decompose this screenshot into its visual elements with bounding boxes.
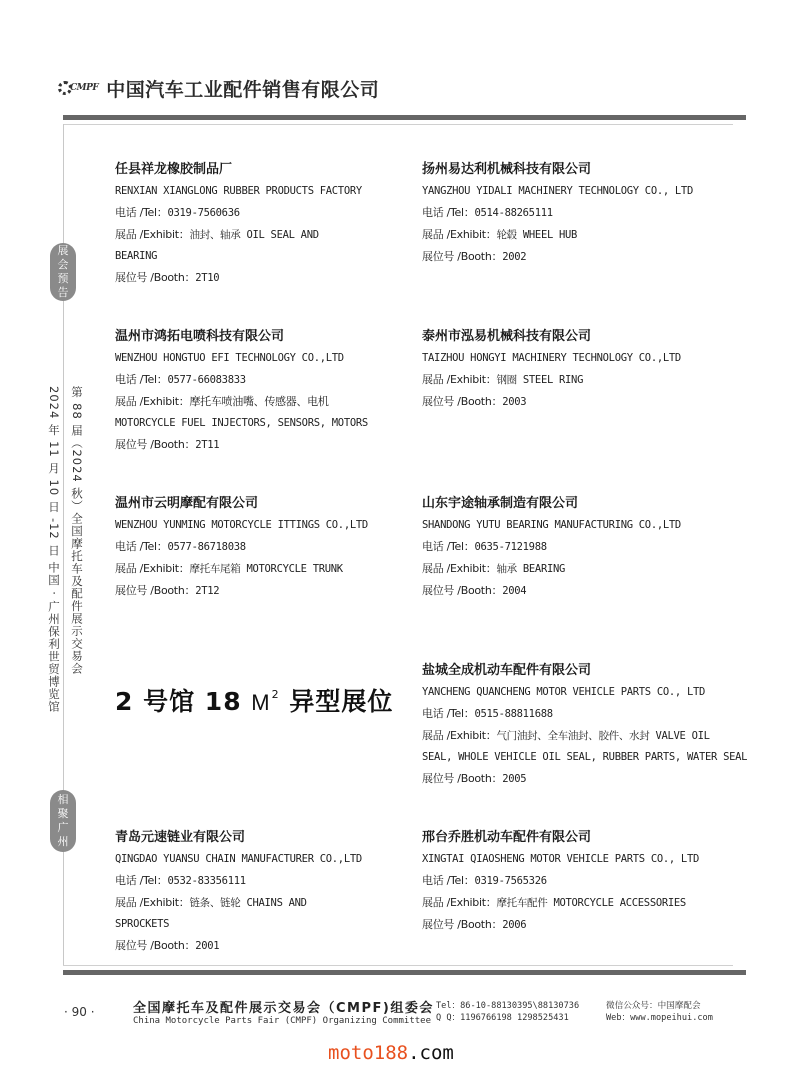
footer-wechat: 微信公众号：中国摩配会: [606, 1000, 713, 1012]
logo-text: CMPF: [70, 83, 98, 93]
exhibitor-booth: 展位号 /Booth：2004: [422, 580, 681, 602]
company-title: 中国汽车工业配件销售有限公司: [106, 75, 379, 102]
contact-web-block: 微信公众号：中国摩配会 Web：www.mopeihui.com: [606, 1000, 713, 1024]
footer-web-link[interactable]: Web：www.mopeihui.com: [606, 1012, 713, 1024]
pill-char: 广: [58, 821, 69, 835]
exhibit-value: 轮毂 WHEEL HUB: [496, 229, 577, 241]
tel-label: 电话 /Tel：: [422, 874, 474, 887]
exhibitor-tel: 电话 /Tel：0635-7121988: [422, 536, 681, 558]
tel-value: 0635-7121988: [474, 541, 546, 553]
event-date-vertical: 2024 年 11 月 10 日 -12 日 中国 · 广州保利世贸博览馆: [46, 386, 62, 713]
booth-value: 2003: [502, 396, 526, 408]
bottom-rule-thick: [63, 970, 746, 975]
exhibit-value: 摩托车喷油嘴、传感器、电机: [189, 395, 328, 408]
booth-label: 展位号 /Booth：: [115, 271, 195, 284]
exhibitor-cn-name: 山东宇途轴承制造有限公司: [422, 493, 681, 515]
footer-qq: Q Q：1196766198 1298525431: [436, 1012, 579, 1024]
heading-suffix: 异型展位: [280, 687, 394, 716]
section-tab-meet-guangzhou: 相 聚 广 州: [50, 790, 76, 852]
exhibitor-cn-name: 盐城全成机动车配件有限公司: [422, 660, 747, 682]
exhibit-label: 展品 /Exhibit：: [422, 228, 496, 241]
pill-char: 告: [58, 286, 69, 300]
pill-char: 相: [58, 793, 69, 807]
tel-label: 电话 /Tel：: [422, 540, 474, 553]
tel-label: 电话 /Tel：: [115, 373, 167, 386]
exhibitor-booth: 展位号 /Booth：2006: [422, 914, 699, 936]
exhibitor-exhibit-cont: MOTORCYCLE FUEL INJECTORS, SENSORS, MOTO…: [115, 413, 368, 434]
exhibit-label: 展品 /Exhibit：: [422, 562, 496, 575]
contact-phone-block: Tel：86-10-88130395\88130736 Q Q：11967661…: [436, 1000, 579, 1024]
exhibit-value: 油封、轴承 OIL SEAL AND: [189, 229, 318, 241]
exhibitor-tel: 电话 /Tel：0577-66083833: [115, 369, 368, 391]
exhibitor-cn-name: 邢台乔胜机动车配件有限公司: [422, 827, 699, 849]
tel-value: 0319-7560636: [167, 207, 239, 219]
exhibitor-entry: 盐城全成机动车配件有限公司 YANCHENG QUANCHENG MOTOR V…: [422, 660, 747, 790]
pill-char: 展: [58, 244, 69, 258]
cmpf-logo: CMPF: [58, 81, 98, 95]
booth-label: 展位号 /Booth：: [422, 250, 502, 263]
exhibitor-booth: 展位号 /Booth：2003: [422, 391, 681, 413]
exhibit-label: 展品 /Exhibit：: [422, 729, 496, 742]
exhibitor-booth: 展位号 /Booth：2T10: [115, 267, 362, 289]
page-header: CMPF 中国汽车工业配件销售有限公司: [58, 74, 379, 102]
booth-label: 展位号 /Booth：: [422, 584, 502, 597]
bottom-rule-thin: [63, 965, 733, 966]
exhibitor-en-name: RENXIAN XIANGLONG RUBBER PRODUCTS FACTOR…: [115, 181, 362, 202]
exhibitor-entry: 泰州市泓易机械科技有限公司 TAIZHOU HONGYI MACHINERY T…: [422, 326, 681, 413]
exhibitor-booth: 展位号 /Booth：2005: [422, 768, 747, 790]
pill-char: 预: [58, 272, 69, 286]
exhibitor-entry: 山东宇途轴承制造有限公司 SHANDONG YUTU BEARING MANUF…: [422, 493, 681, 602]
exhibit-value: 轴承 BEARING: [496, 563, 565, 575]
exhibitor-entry: 温州市云明摩配有限公司 WENZHOU YUNMING MOTORCYCLE I…: [115, 493, 368, 602]
gear-icon: [58, 81, 72, 95]
booth-value: 2004: [502, 585, 526, 597]
exhibitor-en-name: SHANDONG YUTU BEARING MANUFACTURING CO.,…: [422, 515, 681, 536]
exhibit-label: 展品 /Exhibit：: [115, 228, 189, 241]
booth-label: 展位号 /Booth：: [115, 939, 195, 952]
exhibitor-exhibit: 展品 /Exhibit：钢圈 STEEL RING: [422, 369, 681, 391]
tel-label: 电话 /Tel：: [422, 206, 474, 219]
exhibitor-booth: 展位号 /Booth：2001: [115, 935, 362, 957]
tel-value: 0515-88811688: [474, 708, 552, 720]
exhibitor-en-name: YANCHENG QUANCHENG MOTOR VEHICLE PARTS C…: [422, 682, 747, 703]
exhibitor-exhibit: 展品 /Exhibit：摩托车配件 MOTORCYCLE ACCESSORIES: [422, 892, 699, 914]
exhibitor-booth: 展位号 /Booth：2T12: [115, 580, 368, 602]
watermark-domain: .com: [408, 1042, 454, 1064]
tel-label: 电话 /Tel：: [422, 707, 474, 720]
exhibitor-tel: 电话 /Tel：0532-83356111: [115, 870, 362, 892]
exhibitor-exhibit: 展品 /Exhibit：摩托车尾箱 MOTORCYCLE TRUNK: [115, 558, 368, 580]
tel-value: 0319-7565326: [474, 875, 546, 887]
exhibitor-exhibit-cont: SEAL, WHOLE VEHICLE OIL SEAL, RUBBER PAR…: [422, 747, 747, 768]
organizer-en: China Motorcycle Parts Fair (CMPF) Organ…: [133, 1016, 431, 1026]
section-tab-exhibition-preview: 展 会 预 告: [50, 243, 76, 301]
exhibitor-booth: 展位号 /Booth：2002: [422, 246, 693, 268]
top-rule-thin: [63, 124, 733, 125]
booth-label: 展位号 /Booth：: [115, 438, 195, 451]
exhibit-label: 展品 /Exhibit：: [422, 896, 496, 909]
booth-value: 2T10: [195, 272, 219, 284]
heading-prefix: 2 号馆 18: [115, 687, 251, 716]
exhibit-label: 展品 /Exhibit：: [115, 896, 189, 909]
watermark-brand: moto188: [328, 1042, 408, 1064]
top-rule-thick: [63, 115, 746, 120]
booth-value: 2006: [502, 919, 526, 931]
exhibit-value: 链条、链轮 CHAINS AND: [189, 897, 306, 909]
exhibitor-entry: 青岛元速链业有限公司 QINGDAO YUANSU CHAIN MANUFACT…: [115, 827, 362, 957]
pill-char: 州: [58, 835, 69, 849]
exhibitor-exhibit: 展品 /Exhibit：气门油封、全车油封、胶件、水封 VALVE OIL: [422, 725, 747, 747]
exhibitor-entry: 扬州易达利机械科技有限公司 YANGZHOU YIDALI MACHINERY …: [422, 159, 693, 268]
exhibitor-en-name: XINGTAI QIAOSHENG MOTOR VEHICLE PARTS CO…: [422, 849, 699, 870]
booth-label: 展位号 /Booth：: [422, 772, 502, 785]
exhibitor-tel: 电话 /Tel：0514-88265111: [422, 202, 693, 224]
exhibitor-exhibit: 展品 /Exhibit：轴承 BEARING: [422, 558, 681, 580]
site-watermark: moto188.com: [328, 1042, 454, 1064]
exhibit-value: 气门油封、全车油封、胶件、水封 VALVE OIL: [496, 730, 709, 742]
exhibitor-tel: 电话 /Tel：0319-7560636: [115, 202, 362, 224]
exhibitor-entry: 温州市鸿拓电喷科技有限公司 WENZHOU HONGTUO EFI TECHNO…: [115, 326, 368, 456]
exhibitor-cn-name: 扬州易达利机械科技有限公司: [422, 159, 693, 181]
tel-label: 电话 /Tel：: [115, 874, 167, 887]
exhibitor-exhibit: 展品 /Exhibit：链条、链轮 CHAINS AND: [115, 892, 362, 914]
exhibitor-cn-name: 任县祥龙橡胶制品厂: [115, 159, 362, 181]
exhibitor-en-name: WENZHOU YUNMING MOTORCYCLE ITTINGS CO.,L…: [115, 515, 368, 536]
footer-tel: Tel：86-10-88130395\88130736: [436, 1000, 579, 1012]
tel-value: 0514-88265111: [474, 207, 552, 219]
exhibit-value: 摩托车尾箱 MOTORCYCLE TRUNK: [189, 563, 342, 575]
booth-value: 2001: [195, 940, 219, 952]
exhibitor-cn-name: 温州市鸿拓电喷科技有限公司: [115, 326, 368, 348]
heading-superscript: 2: [272, 688, 280, 701]
booth-value: 2T11: [195, 439, 219, 451]
organizer-cn: 全国摩托车及配件展示交易会（CMPF)组委会: [133, 997, 434, 1016]
event-title-vertical: 第 88 届（2024 秋）全国摩托车及配件展示交易会: [69, 386, 85, 675]
exhibitor-en-name: QINGDAO YUANSU CHAIN MANUFACTURER CO.,LT…: [115, 849, 362, 870]
exhibitor-cn-name: 泰州市泓易机械科技有限公司: [422, 326, 681, 348]
heading-unit: M: [251, 690, 270, 715]
pill-char: 会: [58, 258, 69, 272]
exhibit-label: 展品 /Exhibit：: [115, 395, 189, 408]
exhibitor-tel: 电话 /Tel：0319-7565326: [422, 870, 699, 892]
exhibitor-exhibit: 展品 /Exhibit：油封、轴承 OIL SEAL AND: [115, 224, 362, 246]
exhibitor-entry: 任县祥龙橡胶制品厂 RENXIAN XIANGLONG RUBBER PRODU…: [115, 159, 362, 289]
booth-value: 2005: [502, 773, 526, 785]
tel-value: 0577-86718038: [167, 541, 245, 553]
exhibitor-exhibit-cont: SPROCKETS: [115, 914, 362, 935]
booth-value: 2002: [502, 251, 526, 263]
exhibitor-exhibit-cont: BEARING: [115, 246, 362, 267]
exhibitor-tel: 电话 /Tel：0515-88811688: [422, 703, 747, 725]
exhibitor-booth: 展位号 /Booth：2T11: [115, 434, 368, 456]
exhibitor-en-name: YANGZHOU YIDALI MACHINERY TECHNOLOGY CO.…: [422, 181, 693, 202]
exhibit-value: 钢圈 STEEL RING: [496, 374, 583, 386]
special-booth-heading: 2 号馆 18 M2 异型展位: [115, 682, 393, 718]
page-number: · 90 ·: [64, 1005, 95, 1019]
tel-label: 电话 /Tel：: [115, 206, 167, 219]
tel-value: 0577-66083833: [167, 374, 245, 386]
tel-value: 0532-83356111: [167, 875, 245, 887]
booth-value: 2T12: [195, 585, 219, 597]
exhibitor-en-name: WENZHOU HONGTUO EFI TECHNOLOGY CO.,LTD: [115, 348, 368, 369]
booth-label: 展位号 /Booth：: [422, 918, 502, 931]
pill-char: 聚: [58, 807, 69, 821]
exhibitor-cn-name: 温州市云明摩配有限公司: [115, 493, 368, 515]
exhibit-value: 摩托车配件 MOTORCYCLE ACCESSORIES: [496, 897, 686, 909]
exhibit-label: 展品 /Exhibit：: [422, 373, 496, 386]
booth-label: 展位号 /Booth：: [115, 584, 195, 597]
exhibitor-exhibit: 展品 /Exhibit：轮毂 WHEEL HUB: [422, 224, 693, 246]
exhibitor-entry: 邢台乔胜机动车配件有限公司 XINGTAI QIAOSHENG MOTOR VE…: [422, 827, 699, 936]
booth-label: 展位号 /Booth：: [422, 395, 502, 408]
exhibitor-cn-name: 青岛元速链业有限公司: [115, 827, 362, 849]
exhibit-label: 展品 /Exhibit：: [115, 562, 189, 575]
tel-label: 电话 /Tel：: [115, 540, 167, 553]
exhibitor-en-name: TAIZHOU HONGYI MACHINERY TECHNOLOGY CO.,…: [422, 348, 681, 369]
exhibitor-exhibit: 展品 /Exhibit：摩托车喷油嘴、传感器、电机: [115, 391, 368, 413]
exhibitor-tel: 电话 /Tel：0577-86718038: [115, 536, 368, 558]
